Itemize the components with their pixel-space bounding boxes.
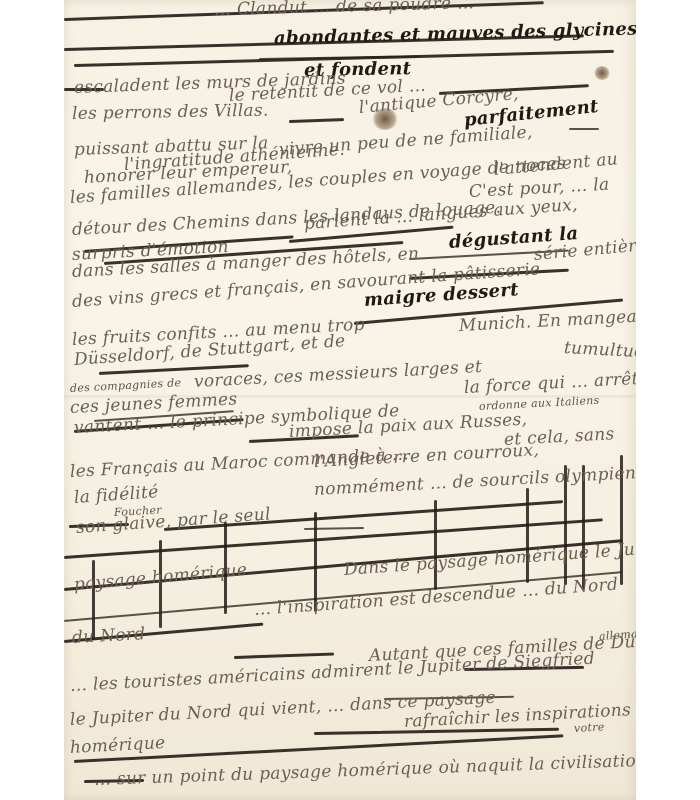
manuscript-line: du Nord <box>71 624 145 648</box>
manuscript-page: … Clandut … de sa poudre …abondantes et … <box>64 0 636 800</box>
manuscript-line: voraces, ces messieurs larges et <box>193 357 482 392</box>
ink-blot <box>594 66 610 80</box>
manuscript-line: les perrons des Villas. <box>72 101 269 124</box>
vertical-crossout-mark <box>434 500 437 590</box>
manuscript-line: homérique <box>69 733 165 758</box>
manuscript-line: abondantes et mauves des glycines qui <box>274 17 636 49</box>
manuscript-line: votre <box>574 720 605 735</box>
manuscript-line: … les touristes américains admirent le J… <box>69 649 595 696</box>
manuscript-line: vivre un peu de ne familiale, <box>278 122 533 160</box>
manuscript-line: tumultueux <box>563 338 636 363</box>
strikethrough-mark <box>289 118 344 123</box>
strikethrough-mark <box>234 653 334 659</box>
manuscript-line: la force qui … arrête <box>463 368 636 398</box>
manuscript-line: … Clandut … de sa poudre … <box>214 0 475 20</box>
manuscript-line: son glaive, par le seul <box>75 504 271 538</box>
vertical-crossout-mark <box>526 488 529 583</box>
manuscript-line: l'Angleterre en courroux, <box>313 440 539 472</box>
strikethrough-mark <box>569 128 599 130</box>
strikethrough-mark <box>304 527 364 530</box>
